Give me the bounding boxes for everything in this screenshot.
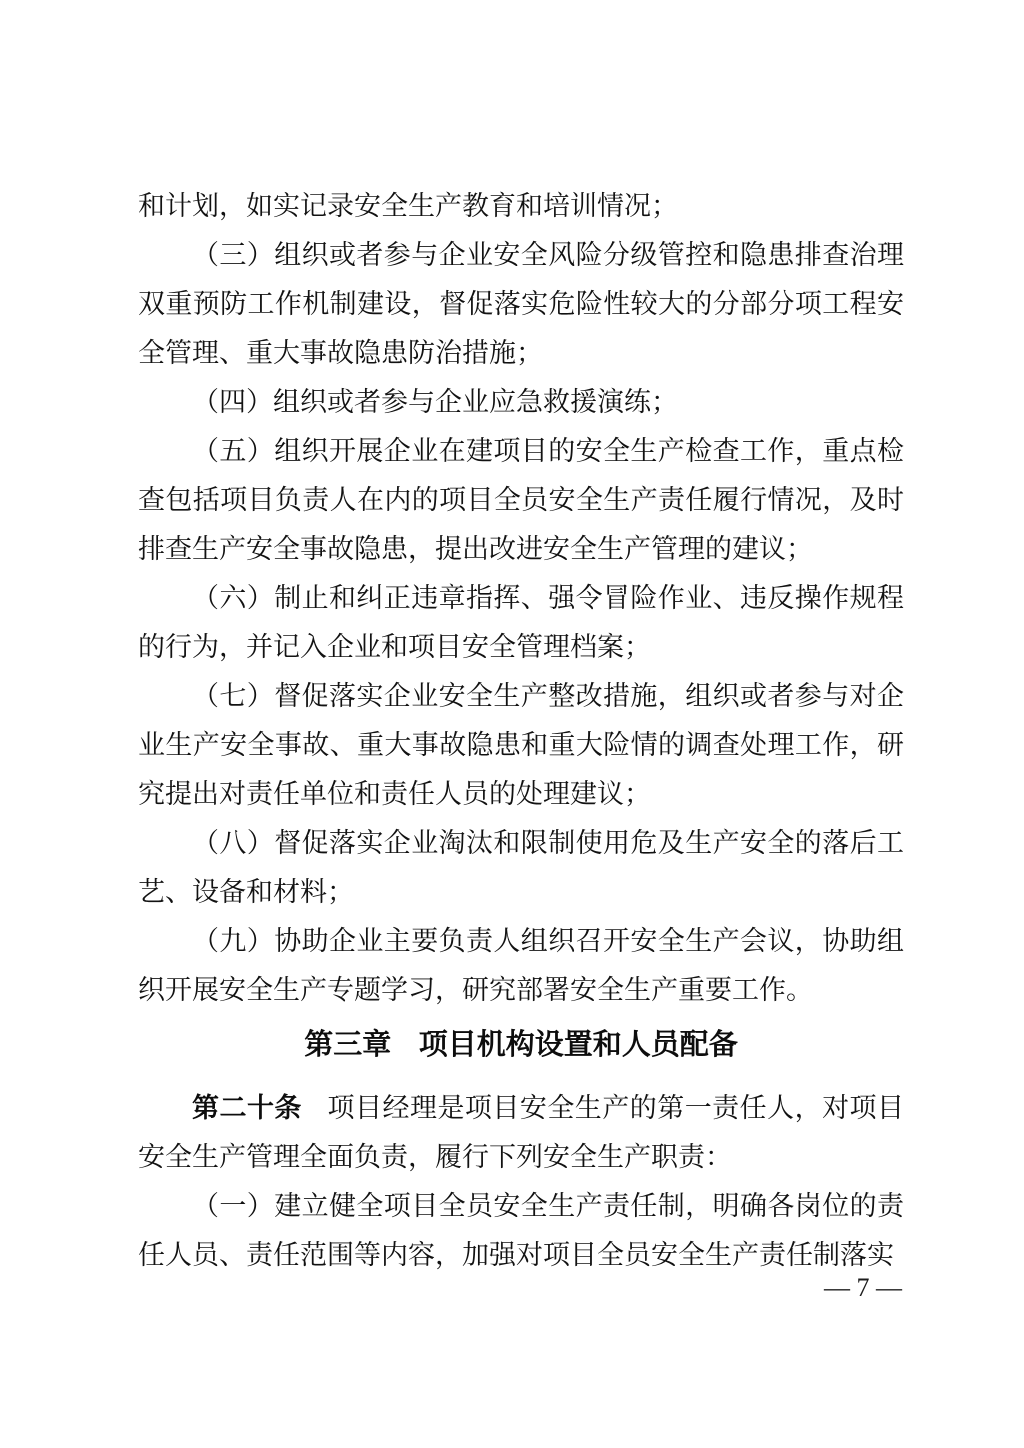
chapter-title: 项目机构设置和人员配备 xyxy=(419,1029,738,1061)
paragraph-item-5: （五）组织开展企业在建项目的安全生产检查工作，重点检查包括项目负责人在内的项目全… xyxy=(138,427,904,574)
chapter-number: 第三章 xyxy=(304,1029,391,1061)
paragraph-article-20: 第二十条项目经理是项目安全生产的第一责任人，对项目安全生产管理全面负责，履行下列… xyxy=(138,1084,904,1182)
chapter-heading: 第三章项目机构设置和人员配备 xyxy=(138,1021,904,1070)
paragraph-item-7: （七）督促落实企业安全生产整改措施，组织或者参与对企业生产安全事故、重大事故隐患… xyxy=(138,672,904,819)
paragraph-item-6: （六）制止和纠正违章指挥、强令冒险作业、违反操作规程的行为，并记入企业和项目安全… xyxy=(138,574,904,672)
document-body: 和计划，如实记录安全生产教育和培训情况； （三）组织或者参与企业安全风险分级管控… xyxy=(138,182,904,1280)
paragraph-item-1: （一）建立健全项目全员安全生产责任制，明确各岗位的责任人员、责任范围等内容，加强… xyxy=(138,1182,904,1280)
page-footer: — 7 — xyxy=(824,1272,902,1304)
paragraph-item-9: （九）协助企业主要负责人组织召开安全生产会议，协助组织开展安全生产专题学习，研究… xyxy=(138,917,904,1015)
document-page: 和计划，如实记录安全生产教育和培训情况； （三）组织或者参与企业安全风险分级管控… xyxy=(0,0,1024,1448)
page-number: — 7 — xyxy=(824,1273,902,1302)
paragraph-item-8: （八）督促落实企业淘汰和限制使用危及生产安全的落后工艺、设备和材料； xyxy=(138,819,904,917)
paragraph-continuation: 和计划，如实记录安全生产教育和培训情况； xyxy=(138,182,904,231)
paragraph-item-4: （四）组织或者参与企业应急救援演练； xyxy=(138,378,904,427)
paragraph-item-3: （三）组织或者参与企业安全风险分级管控和隐患排查治理双重预防工作机制建设，督促落… xyxy=(138,231,904,378)
article-number: 第二十条 xyxy=(192,1093,302,1123)
